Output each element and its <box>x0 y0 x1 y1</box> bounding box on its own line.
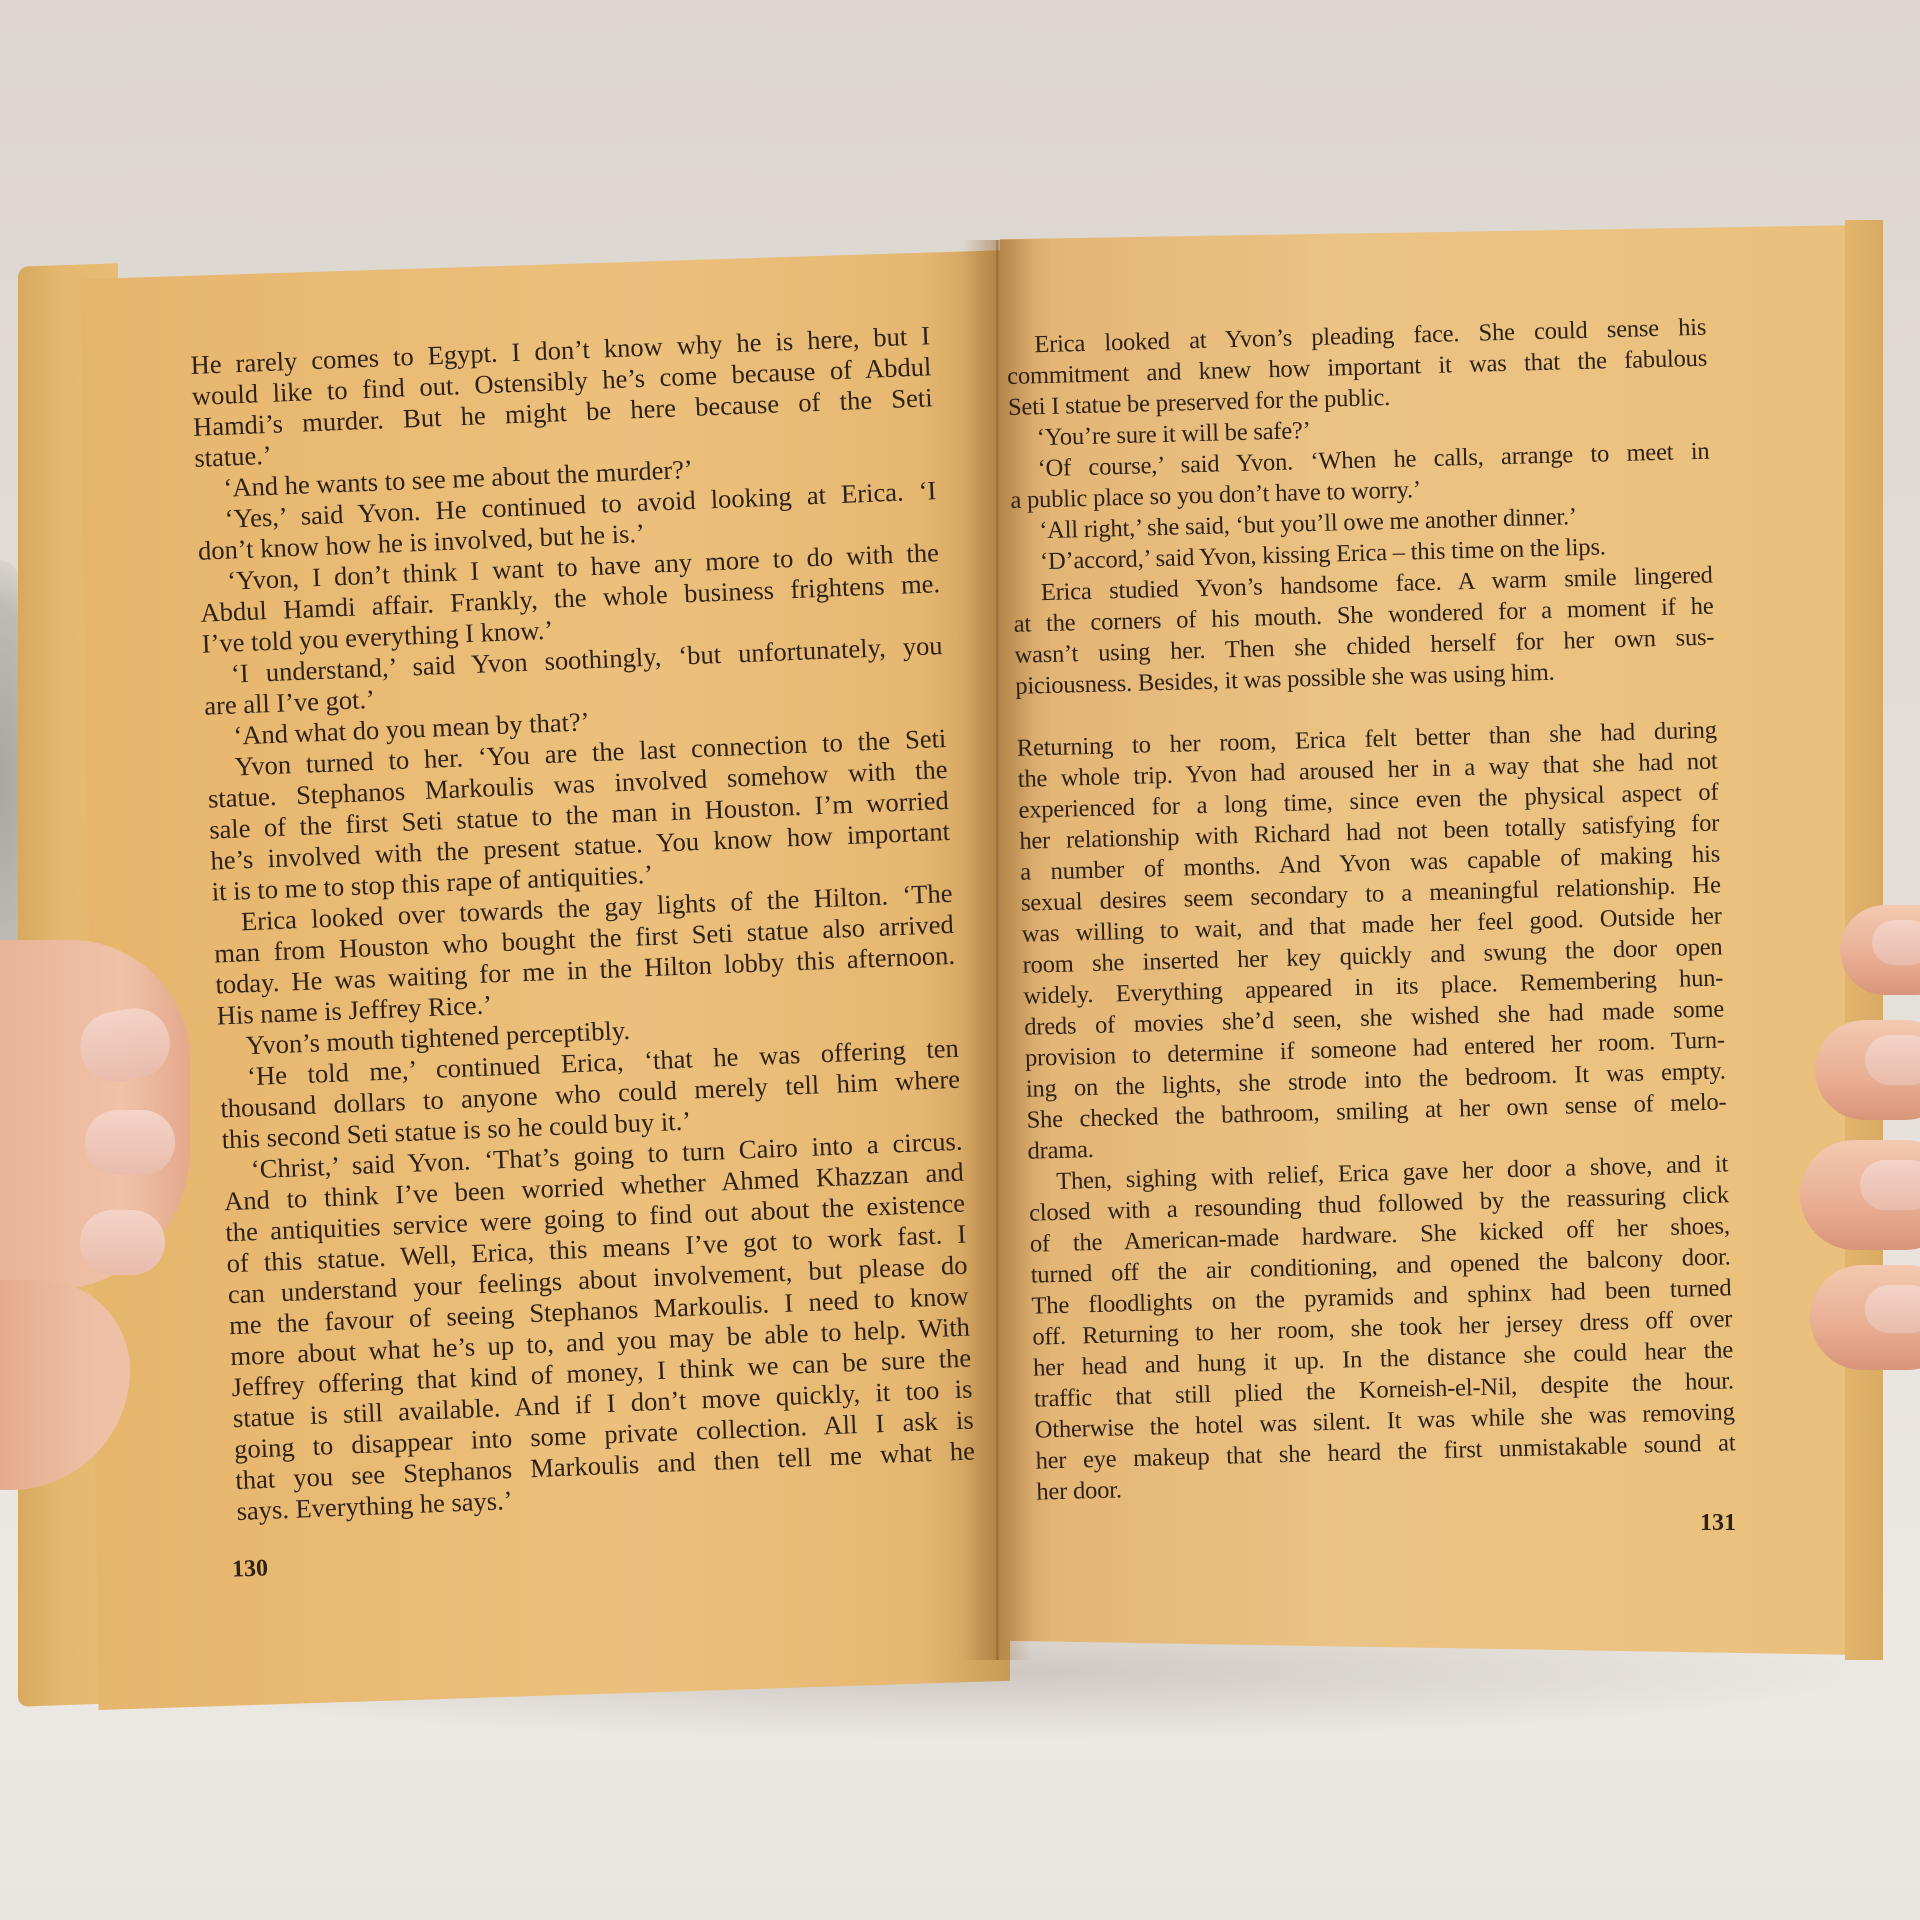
page-number-left: 130 <box>232 1555 269 1583</box>
left-page-text: He rarely comes to Egypt. I don’t know w… <box>190 320 977 1527</box>
right-page-text: Erica looked at Yvon’s pleading face. Sh… <box>1006 312 1737 1508</box>
page-number-right: 131 <box>1700 1510 1736 1537</box>
